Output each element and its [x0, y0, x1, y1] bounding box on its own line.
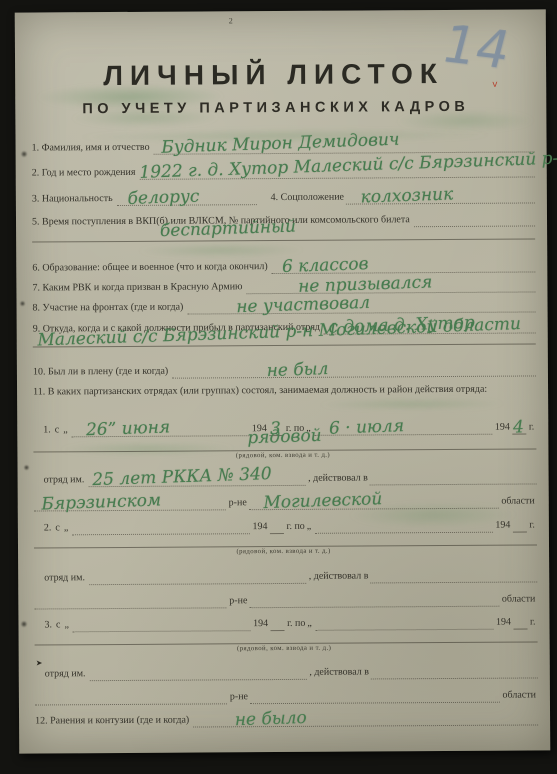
entry-2-to-year-line — [512, 530, 526, 532]
label-acted: , действовал в — [305, 472, 370, 485]
entry-1-num: 1. — [43, 424, 55, 437]
entry-3-unit-line — [90, 677, 307, 680]
field-rvk: 7. Каким РВК и когда призван в Красную А… — [32, 279, 535, 295]
field-birth: 2. Год и место рождения 1922 г. д. Хутор… — [32, 164, 535, 180]
scanned-form-page: ➤ 2 14 v ЛИЧНЫЙ ЛИСТОК ПО УЧЕТУ ПАРТИЗАН… — [15, 9, 551, 753]
field-education-value: 6 классов — [282, 256, 369, 276]
entry-3-from-year-line — [270, 628, 284, 630]
field-arrival-line2: Малеский с/с Бярэзинский р-н Могилевской… — [33, 342, 536, 347]
field-captivity-line: не был — [172, 374, 536, 378]
entry-1-acted-line — [370, 482, 537, 485]
punch-hole — [20, 301, 26, 307]
entry-2-from-line — [72, 532, 249, 535]
label-g-po: г. по — [284, 618, 307, 631]
label-otryad: отряд им. — [44, 572, 89, 585]
field-units-label: 11. В каких партизанских отрядах (или гр… — [33, 384, 487, 399]
entry-2-district-line — [34, 606, 226, 609]
label-194: 194 — [493, 617, 513, 630]
label-s: с — [55, 424, 64, 437]
label-acted: , действовал в — [306, 570, 371, 583]
entry-2-oblast-line — [249, 604, 499, 608]
entry-2-to-line — [315, 530, 492, 533]
field-nationality-label: 3. Национальность — [32, 193, 117, 206]
field-education: 6. Образование: общее и военное (что и к… — [32, 259, 535, 275]
field-wounds-line: не было — [193, 723, 538, 727]
label-s: с — [56, 619, 65, 632]
punch-hole — [20, 621, 27, 628]
label-acted: , действовал в — [306, 666, 371, 679]
page-top-mark: 2 — [229, 16, 233, 25]
field-party-value-line: беспартийный — [32, 237, 535, 242]
entry-3-num: 3. — [44, 619, 56, 632]
entry-3-from-line — [73, 629, 250, 632]
field-captivity: 10. Был ли в плену (где и когда) не был — [33, 363, 536, 379]
service-entry-1-district-row: Бярэзинском р-не Могилевской области — [34, 495, 537, 511]
field-wounds-label: 12. Ранения и контузии (где и когда) — [35, 715, 193, 728]
label-rne: р-не — [227, 691, 250, 704]
quote-mark: „ — [307, 618, 316, 631]
label-194: 194 — [249, 521, 269, 534]
label-194: 194 — [492, 520, 512, 533]
label-s: с — [55, 522, 64, 535]
entry-2-from-year-line — [269, 531, 283, 533]
label-rne: р-не — [226, 595, 249, 608]
punch-hole — [24, 465, 30, 471]
service-entry-2-dates: 2. с „ 194 г. по „ 194 г. — [44, 519, 537, 535]
field-wounds-value: не было — [234, 709, 306, 728]
label-oblast: области — [499, 593, 538, 606]
entry-1-unit: 25 лет РККА № 340 — [92, 466, 272, 489]
field-social-line: колхозник — [346, 201, 535, 204]
punch-hole — [21, 151, 28, 158]
quote-mark: „ — [63, 424, 72, 437]
form-subtitle: ПО УЧЕТУ ПАРТИЗАНСКИХ КАДРОВ — [15, 98, 536, 117]
field-captivity-label: 10. Был ли в плену (где и когда) — [33, 366, 172, 379]
margin-mark: ➤ — [36, 658, 43, 667]
field-rvk-label: 7. Каким РВК и когда призван в Красную А… — [32, 281, 246, 295]
entry-3-acted-line — [371, 676, 538, 679]
field-wounds: 12. Ранения и контузии (где и когда) не … — [35, 712, 538, 728]
entry-1-unit-line: 25 лет РККА № 340 — [88, 483, 305, 486]
label-rne: р-не — [226, 497, 249, 510]
field-nationality-social: 3. Национальность белорус 4. Соцположени… — [32, 190, 535, 206]
label-g-po: г. по — [283, 521, 306, 534]
service-entry-2-unit-row: отряд им. , действовал в — [44, 569, 537, 585]
label-otryad: отряд им. — [45, 668, 90, 681]
service-entry-3-district-row: р-не области — [35, 689, 538, 705]
label-g: г. — [526, 519, 537, 532]
field-birth-label: 2. Год и место рождения — [32, 167, 140, 180]
field-arrival-line2-rule: Малеский с/с Бярэзинский р-н Могилевской… — [33, 342, 536, 347]
label-otryad: отряд им. — [44, 474, 89, 487]
entry-2-num: 2. — [44, 522, 56, 535]
field-fronts-label: 8. Участие на фронтах (где и когда) — [33, 302, 188, 315]
field-party-value-row: беспартийный — [32, 237, 535, 242]
ink-smudge — [136, 243, 306, 258]
label-oblast: области — [499, 689, 538, 702]
field-party-line — [414, 224, 535, 227]
field-fronts-line: не участвовал — [187, 310, 535, 314]
entry-1-district-line: Бярэзинском — [34, 508, 226, 511]
label-194: 194 — [250, 618, 270, 631]
field-birth-line: 1922 г. д. Хутор Малеский с/с Бярэзински… — [140, 175, 535, 179]
entry-3-district-line — [35, 702, 227, 705]
entry-1-oblast: Могилевской — [263, 491, 382, 512]
service-entry-1-unit-row: отряд им. 25 лет РККА № 340 , действовал… — [44, 471, 537, 487]
entry-1-oblast-line: Могилевской — [249, 506, 499, 510]
service-entry-3-unit-row: отряд им. , действовал в — [45, 665, 538, 681]
field-units-header: 11. В каких партизанских отрядах (или гр… — [33, 383, 536, 399]
quote-mark: „ — [64, 619, 73, 632]
entry-2-acted-line — [370, 580, 537, 583]
field-social-value: колхозник — [361, 186, 454, 206]
field-social-label: 4. Соцположение — [257, 192, 346, 205]
ink-smudge — [317, 398, 507, 411]
field-nationality-value: белорус — [127, 188, 199, 207]
field-captivity-value: не был — [266, 361, 328, 380]
entry-1-district: Бярэзинском — [41, 492, 161, 513]
field-education-label: 6. Образование: общее и военное (что и к… — [32, 261, 271, 275]
entry-3-to-year-line — [513, 627, 527, 629]
entry-3-to-line — [316, 627, 493, 630]
quote-mark: „ — [307, 521, 316, 534]
entry-2-unit-line — [89, 581, 306, 584]
label-oblast: области — [498, 495, 537, 508]
form-title: ЛИЧНЫЙ ЛИСТОК — [15, 57, 532, 92]
label-g: г. — [527, 616, 538, 629]
service-entry-3-dates: 3. с „ 194 г. по „ 194 г. — [44, 616, 537, 632]
service-entry-2-district-row: р-не области — [34, 593, 537, 609]
field-fronts-value: не участвовал — [236, 294, 370, 316]
field-nationality-line: белорус — [117, 203, 257, 206]
field-rvk-line: не призывался — [247, 290, 536, 294]
field-name-label: 1. Фамилия, имя и отчество — [32, 142, 154, 155]
field-name-value: Будник Мирон Демидович — [161, 131, 400, 156]
quote-mark: „ — [64, 522, 73, 535]
entry-3-oblast-line — [250, 700, 500, 704]
